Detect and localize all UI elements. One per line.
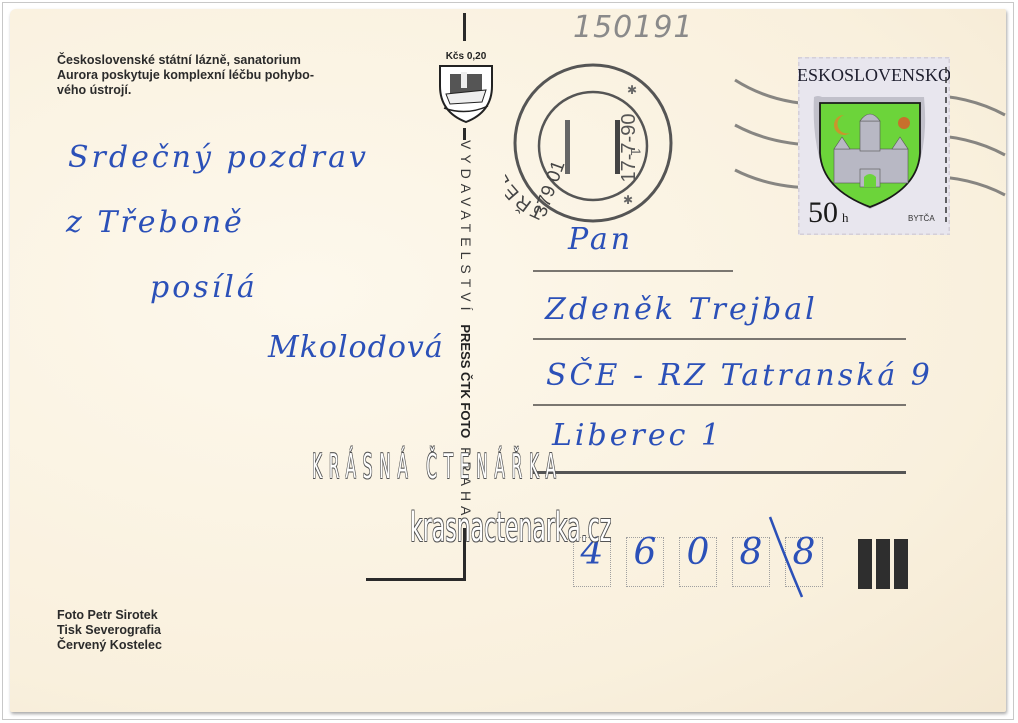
address-line: SČE - RZ Tatranská 9 [546, 358, 933, 393]
svg-text:Kčs 0,20: Kčs 0,20 [446, 51, 487, 62]
credit-line: Červený Kostelec [57, 638, 257, 653]
center-divider-top [463, 13, 466, 41]
address-line: Pan [568, 222, 633, 257]
card-description: Československé státní lázně, sanatorium … [57, 53, 377, 98]
watermark-title: KRÁSNÁ ČTENÁŘKA [312, 447, 563, 487]
description-line: vého ústrojí. [57, 83, 377, 98]
message-line: Srdečný pozdrav [68, 140, 369, 175]
center-divider-mid [463, 128, 466, 140]
postcode-digit: 6 [626, 532, 664, 573]
svg-text:50: 50 [808, 196, 838, 229]
coat-of-arms-stamp-icon: ČESKOSLOVENSKO 50 h BYTČA [798, 57, 950, 235]
credit-line: Tisk Severografia [57, 623, 257, 638]
address-line: Liberec 1 [552, 418, 723, 453]
credit-line: Foto Petr Sirotek [57, 608, 257, 623]
message-line: posílá [150, 270, 258, 305]
message-line: z Třeboně [66, 205, 245, 240]
description-line: Aurora poskytuje komplexní léčbu pohybo- [57, 68, 377, 83]
sort-bar [858, 539, 872, 589]
address-rule [533, 270, 733, 272]
signature: Mkolodová [268, 330, 444, 365]
serial-note: 150191 [573, 10, 694, 45]
print-credits: Foto Petr Sirotek Tisk Severografia Červ… [57, 608, 257, 653]
ship-emblem-icon: Kčs 0,20 [428, 46, 504, 126]
center-divider-hook [366, 578, 466, 581]
postcode-digit: 0 [679, 532, 717, 573]
postmark: TŘEBOŇ 379 01 17-7-90 1 ✱ ✱ [505, 58, 675, 228]
description-line: Československé státní lázně, sanatorium [57, 53, 377, 68]
svg-text:✱: ✱ [627, 83, 637, 97]
strike-through-icon [760, 512, 810, 602]
address-rule [533, 471, 906, 474]
tourism-emblem: Kčs 0,20 [428, 46, 504, 126]
svg-text:BYTČA: BYTČA [908, 214, 935, 223]
svg-text:1: 1 [628, 148, 644, 156]
svg-text:h: h [842, 210, 849, 225]
svg-text:379 01: 379 01 [530, 158, 570, 220]
svg-text:✱: ✱ [623, 193, 633, 207]
address-rule [533, 338, 906, 340]
sort-bar [894, 539, 908, 589]
postmark-circle-icon: TŘEBOŇ 379 01 17-7-90 1 ✱ ✱ [505, 58, 675, 228]
watermark-url: krasnactenarka.cz [410, 505, 611, 551]
address-line: Zdeněk Trejbal [545, 292, 818, 327]
sort-bar [876, 539, 890, 589]
postage-stamp: ČESKOSLOVENSKO 50 h BYTČA [798, 57, 950, 235]
address-rule [533, 404, 906, 406]
svg-text:ČESKOSLOVENSKO: ČESKOSLOVENSKO [798, 64, 950, 85]
